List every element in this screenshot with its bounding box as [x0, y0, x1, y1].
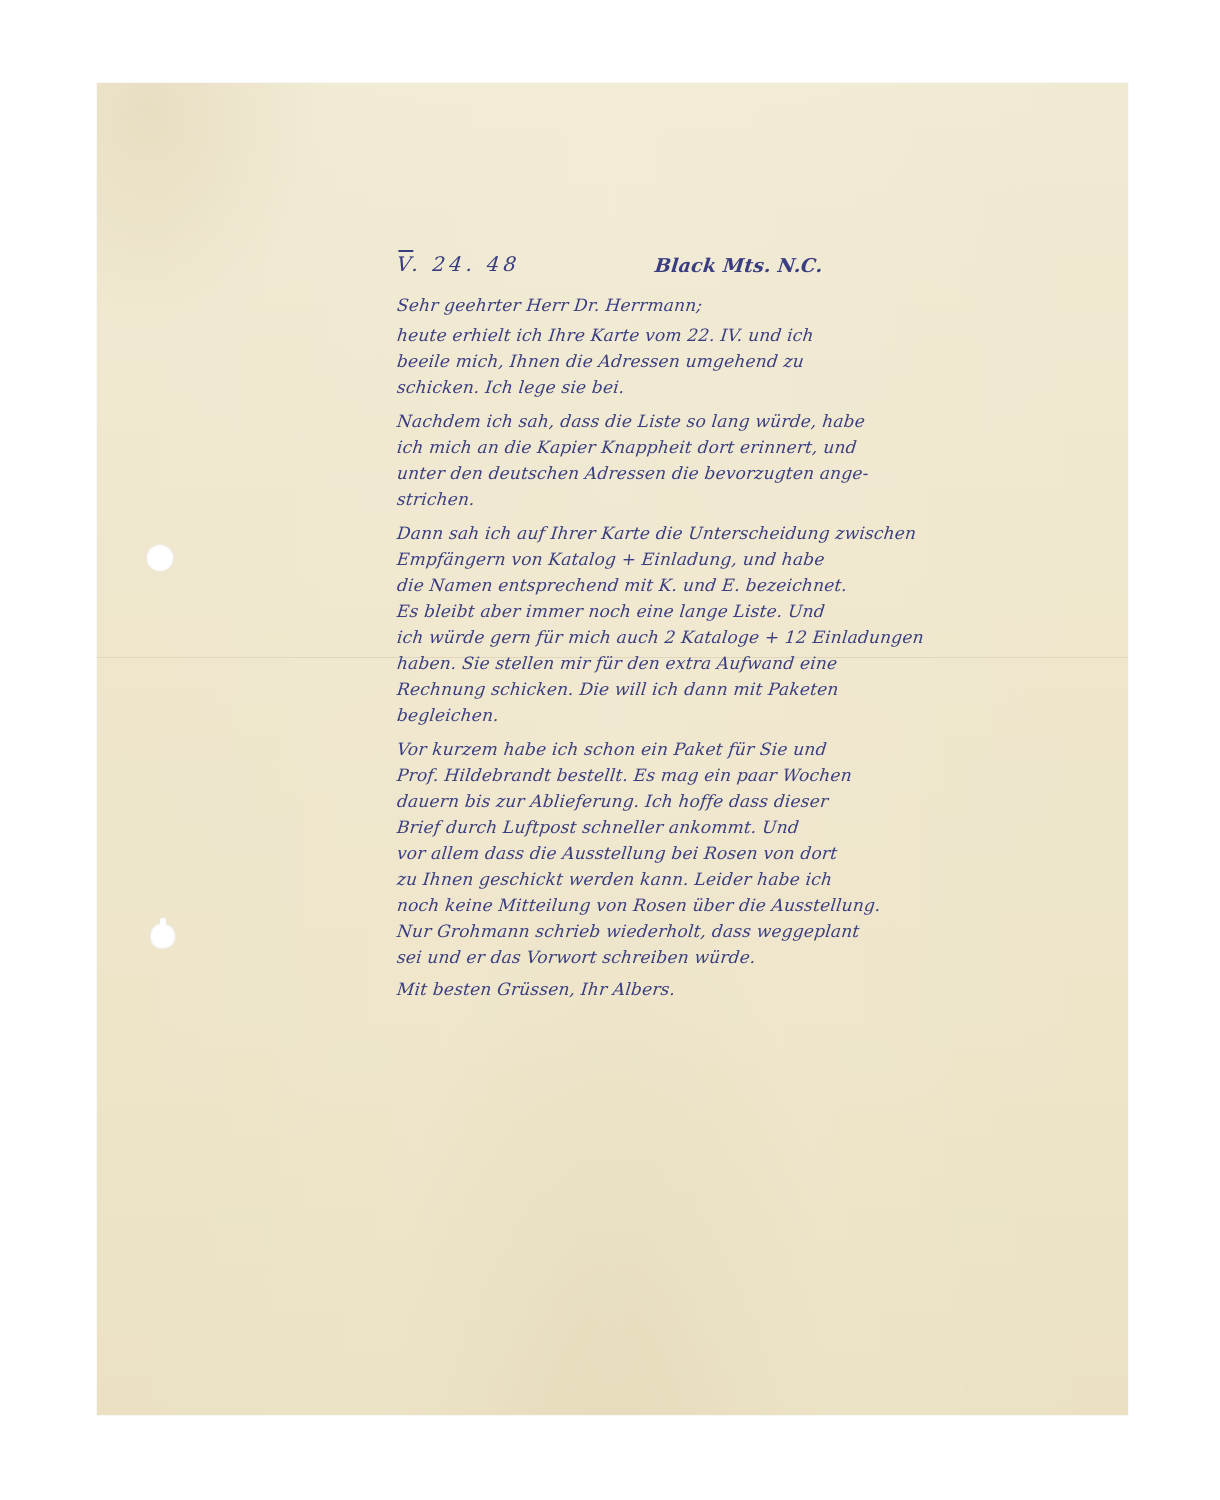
- handwritten-line: Vor kurzem habe ich schon ein Paket für …: [396, 737, 1119, 763]
- paragraph: Nachdem ich sah, dass die Liste so lang …: [397, 409, 1117, 513]
- handwritten-line: haben. Sie stellen mir für den extra Auf…: [396, 651, 1119, 677]
- paragraph: Vor kurzem habe ich schon ein Paket für …: [397, 737, 1117, 971]
- handwritten-line: Rechnung schicken. Die will ich dann mit…: [396, 677, 1119, 703]
- handwritten-line: heute erhielt ich Ihre Karte vom 22. IV.…: [396, 323, 1119, 349]
- closing-signature: Mit besten Grüssen, Ihr Albers.: [396, 977, 1119, 1003]
- handwritten-line: Brief durch Luftpost schneller ankommt. …: [396, 815, 1119, 841]
- letter-date: V. 24. 48: [396, 251, 522, 277]
- handwritten-line: Es bleibt aber immer noch eine lange Lis…: [396, 599, 1119, 625]
- paragraph: heute erhielt ich Ihre Karte vom 22. IV.…: [397, 323, 1117, 401]
- date-day-year: . 24. 48: [411, 252, 522, 276]
- handwritten-line: schicken. Ich lege sie bei.: [396, 375, 1119, 401]
- paragraph: Dann sah ich auf Ihrer Karte die Untersc…: [397, 521, 1117, 729]
- handwritten-line: Nachdem ich sah, dass die Liste so lang …: [396, 409, 1119, 435]
- letter-paragraphs: heute erhielt ich Ihre Karte vom 22. IV.…: [397, 323, 1117, 971]
- handwritten-line: strichen.: [396, 487, 1119, 513]
- handwritten-line: Empfängern von Katalog + Einladung, und …: [396, 547, 1119, 573]
- handwritten-line: beeile mich, Ihnen die Adressen umgehend…: [396, 349, 1119, 375]
- handwritten-line: dauern bis zur Ablieferung. Ich hoffe da…: [396, 789, 1119, 815]
- handwritten-line: sei und er das Vorwort schreiben würde.: [396, 945, 1119, 971]
- handwritten-line: noch keine Mitteilung von Rosen über die…: [396, 893, 1119, 919]
- letter-header: V. 24. 48 Black Mts. N.C.: [397, 243, 1117, 283]
- handwritten-line: unter den deutschen Adressen die bevorzu…: [396, 461, 1119, 487]
- handwritten-line: vor allem dass die Ausstellung bei Rosen…: [396, 841, 1119, 867]
- paragraph-gap: [397, 513, 1117, 521]
- handwritten-line: ich mich an die Kapier Knappheit dort er…: [396, 435, 1119, 461]
- handwritten-line: zu Ihnen geschickt werden kann. Leider h…: [396, 867, 1119, 893]
- paragraph-gap: [397, 401, 1117, 409]
- handwritten-line: die Namen entsprechend mit K. und E. bez…: [396, 573, 1119, 599]
- punch-hole-icon: [146, 544, 174, 572]
- letter-paper: V. 24. 48 Black Mts. N.C. Sehr geehrter …: [97, 83, 1128, 1415]
- paragraph-gap: [397, 729, 1117, 737]
- torn-punch-hole-icon: [150, 923, 176, 949]
- letter-place: Black Mts. N.C.: [654, 253, 825, 279]
- handwritten-line: Nur Grohmann schrieb wiederholt, dass we…: [396, 919, 1119, 945]
- handwritten-line: Dann sah ich auf Ihrer Karte die Untersc…: [396, 521, 1119, 547]
- handwritten-line: begleichen.: [396, 703, 1119, 729]
- handwritten-line: Prof. Hildebrandt bestellt. Es mag ein p…: [396, 763, 1119, 789]
- handwritten-line: ich würde gern für mich auch 2 Kataloge …: [396, 625, 1119, 651]
- handwritten-letter-body: V. 24. 48 Black Mts. N.C. Sehr geehrter …: [397, 243, 1117, 1003]
- salutation: Sehr geehrter Herr Dr. Herrmann;: [396, 293, 1119, 319]
